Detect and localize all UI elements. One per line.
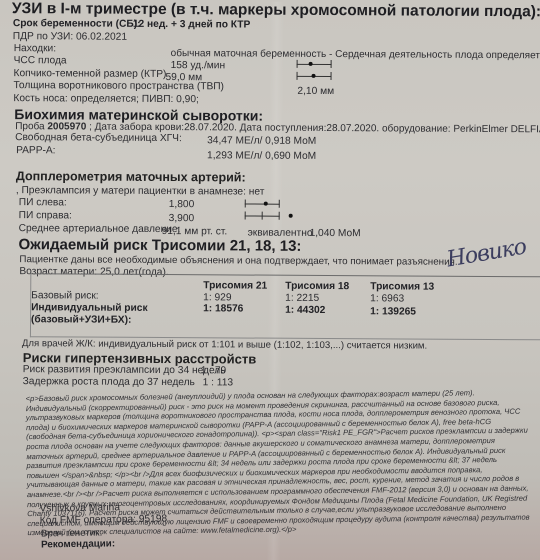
pi-left-value: 1,800 bbox=[169, 199, 195, 210]
individual-risk-t13: 1: 139265 bbox=[370, 306, 416, 317]
pi-left-range-indicator bbox=[245, 199, 280, 207]
pi-right-value: 3,900 bbox=[169, 213, 195, 224]
heart-rate-value: 158 уд./мин bbox=[171, 60, 226, 71]
operator-name: Vshivkova Marina bbox=[39, 502, 120, 514]
geneticist-label: Врач генетик: bbox=[41, 528, 103, 540]
individual-risk-t21: 1: 18576 bbox=[203, 303, 243, 314]
fmf-operator-code: Код FMF оператора: 95198 bbox=[40, 514, 168, 527]
col-trisomy-21: Трисомия 21 bbox=[203, 280, 267, 291]
pi-right-range-indicator bbox=[245, 211, 280, 219]
individual-risk-sublabel: (базовый+УЗИ+БХ): bbox=[31, 314, 131, 326]
ultrasound-report-page: УЗИ в I-м триместре (в т.ч. маркеры хром… bbox=[0, 0, 540, 560]
findings-value: обычная маточная беременность - Сердечна… bbox=[171, 48, 540, 61]
individual-risk-t18: 1: 44302 bbox=[285, 305, 325, 316]
base-risk-t21: 1: 929 bbox=[203, 292, 231, 303]
heart-rate-label: ЧСС плода bbox=[14, 55, 67, 66]
crl-range-indicator bbox=[297, 72, 332, 80]
sample-id: 2005970 bbox=[47, 121, 86, 132]
fgr-risk-label: Задержка роста плода до 37 недель bbox=[23, 376, 195, 388]
hcg-value: 34,47 МЕ/л/ 0,918 МоМ bbox=[207, 135, 316, 147]
base-risk-label: Базовый риск: bbox=[31, 290, 99, 301]
nt-label: Толщина воротникового пространства (ТВП) bbox=[13, 80, 224, 92]
physician-signature: Новико bbox=[445, 234, 528, 272]
trisomy-title: Ожидаемый риск Трисомии 21, 18, 13: bbox=[18, 236, 301, 255]
recommendations-label: Рекомендации: bbox=[41, 538, 115, 550]
due-date: ПДР по УЗИ: 06.02.2021 bbox=[13, 31, 127, 43]
hcg-label: Свободная бета-субъединица ХГЧ: bbox=[15, 132, 182, 144]
fgr-risk-value: 1 : 113 bbox=[203, 377, 233, 388]
pi-right-label: ПИ справа: bbox=[19, 210, 72, 221]
sample-prefix: Проба bbox=[15, 121, 47, 132]
preeclampsia-risk-value: 1 : 79 bbox=[201, 365, 227, 376]
crl-label: Копчико-теменной размер (КТР) bbox=[14, 68, 167, 80]
nasal-bone: Кость носа: определяется; ПИВП: 0,90; bbox=[13, 93, 199, 105]
map-value: 91,1 мм рт. ст. bbox=[162, 226, 228, 237]
col-trisomy-18: Трисомия 18 bbox=[285, 281, 349, 292]
individual-risk-label: Индивидуальный риск bbox=[31, 302, 148, 314]
gestational-age-value: 12 нед. + 3 дней по КТР bbox=[133, 19, 251, 31]
findings-label: Находки: bbox=[14, 43, 56, 54]
base-risk-t18: 1: 2215 bbox=[285, 293, 319, 304]
map-equivalent-value: 1,040 МоМ bbox=[310, 228, 361, 239]
nt-value: 2,10 мм bbox=[297, 86, 334, 97]
col-trisomy-13: Трисомия 13 bbox=[370, 281, 434, 292]
preeclampsia-history: , Преэклампсия у матери пациентки в анам… bbox=[16, 185, 265, 198]
gestational-age-label: Срок беременности (СБ): bbox=[13, 18, 141, 30]
base-risk-t13: 1: 6963 bbox=[370, 293, 404, 304]
map-label: Среднее артериальное давление: bbox=[19, 223, 181, 235]
heart-rate-range-indicator bbox=[297, 60, 332, 68]
doppler-title: Допплерометрия маточных артерий: bbox=[16, 169, 246, 184]
pi-left-label: ПИ слева: bbox=[19, 197, 67, 208]
pappa-label: PAPP-A: bbox=[16, 145, 56, 156]
pappa-value: 1,293 МЕ/л/ 0,690 МоМ bbox=[207, 150, 316, 162]
preeclampsia-risk-label: Риск развития преэклампсии до 34 недель bbox=[23, 364, 226, 376]
